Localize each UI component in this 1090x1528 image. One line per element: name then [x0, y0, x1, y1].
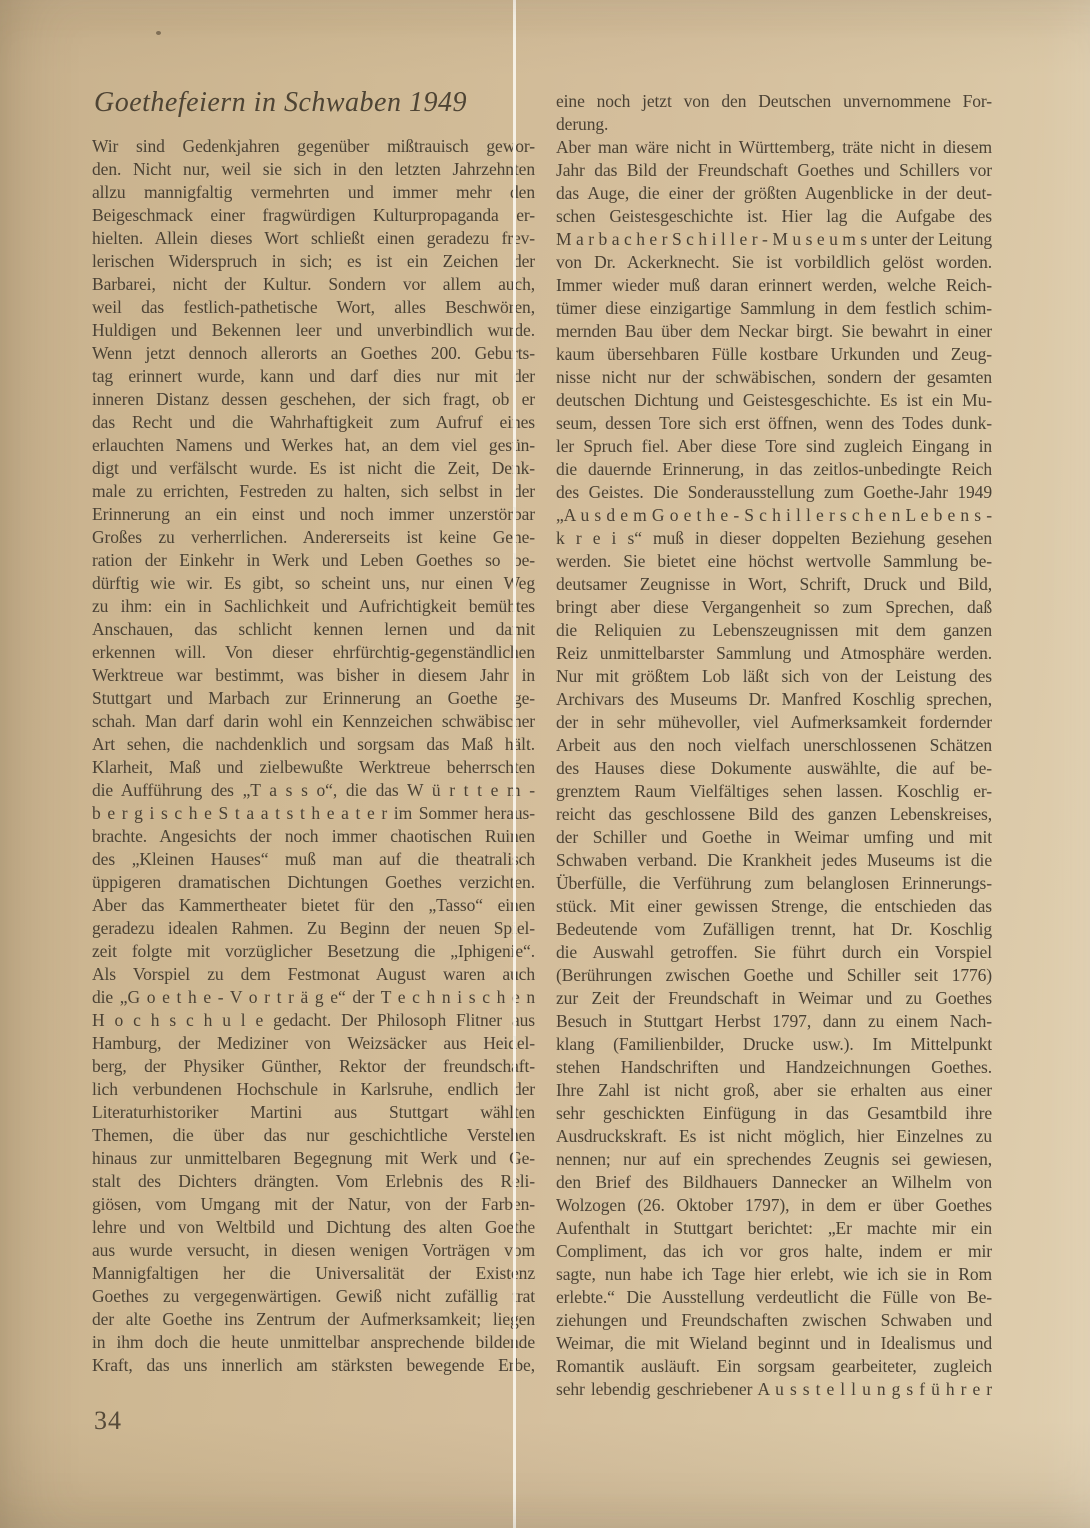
text-line: das Auge, die einer der größten Augenbli… — [556, 182, 992, 205]
text-line: inneren Distanz dessen geschehen, der si… — [92, 388, 535, 411]
text-line: lich verbundenen Hochschule in Karlsruhe… — [92, 1078, 535, 1101]
page-fold-line — [513, 0, 516, 1528]
text-line: Wolzogen (26. Oktober 1797), in dem er ü… — [556, 1194, 992, 1217]
text-line: Großes zu verherrlichen. Andererseits is… — [92, 526, 535, 549]
text-line: den Brief des Bildhauers Dannecker an Wi… — [556, 1171, 992, 1194]
text-line: hinaus zur unmittelbaren Begegnung mit W… — [92, 1147, 535, 1170]
text-line: Immer wieder muß daran erinnert werden, … — [556, 274, 992, 297]
text-line: male zu errichten, Festreden zu halten, … — [92, 480, 535, 503]
text-line: digt und verfälscht wurde. Es ist nicht … — [92, 457, 535, 480]
text-line: geradezu idealen Rahmen. Zu Beginn der n… — [92, 917, 535, 940]
text-line: grenztem Raum Vielfältiges sehen lassen.… — [556, 780, 992, 803]
text-line: aus wurde versucht, in diesen wenigen Vo… — [92, 1239, 535, 1262]
text-line: erlebte.“ Die Ausstellung verdeutlicht d… — [556, 1286, 992, 1309]
text-line: stück. Mit einer gewissen Strenge, die e… — [556, 895, 992, 918]
text-line: Nur mit größtem Lob läßt sich von der Le… — [556, 665, 992, 688]
text-line: Archivars des Museums Dr. Manfred Koschl… — [556, 688, 992, 711]
text-line: Stuttgart und Marbach zur Erinnerung an … — [92, 687, 535, 710]
article-title: Goethefeiern in Schwaben 1949 — [94, 86, 535, 119]
text-line: deutschen Dichtung und Geistesgeschichte… — [556, 389, 992, 412]
text-line: Arbeit aus den noch vielfach unerschloss… — [556, 734, 992, 757]
text-line: Compliment, das ich vor gros halte, inde… — [556, 1240, 992, 1263]
text-line: in ihm doch die heute unmittelbar anspre… — [92, 1331, 535, 1354]
text-line: kaum übersehbaren Fülle kostbare Urkunde… — [556, 343, 992, 366]
text-line: tümer diese einzigartige Sammlung in dem… — [556, 297, 992, 320]
text-line: derung. — [556, 113, 992, 136]
text-line: ration der Einkehr in Werk und Leben Goe… — [92, 549, 535, 572]
text-line: deutsamer Zeugnisse in Wort, Schrift, Dr… — [556, 573, 992, 596]
text-line: Aber man wäre nicht in Württemberg, trät… — [556, 136, 992, 159]
text-line: hielten. Allein dieses Wort schließt ein… — [92, 227, 535, 250]
text-line: das Recht und die Wahrhaftigkeit zum Auf… — [92, 411, 535, 434]
text-line: schah. Man darf darin wohl ein Kennzeich… — [92, 710, 535, 733]
text-line: berg, der Physiker Günther, Rektor der f… — [92, 1055, 535, 1078]
text-line: Klarheit, Maß und zielbewußte Werktreue … — [92, 756, 535, 779]
text-line: b e r g i s c h e S t a a t s t h e a t … — [92, 802, 535, 825]
text-line: sehr geschickten Einfügung in das Gesamt… — [556, 1102, 992, 1125]
text-line: Kraft, das uns innerlich am stärksten be… — [92, 1354, 535, 1377]
text-line: brachte. Angesichts der noch immer chaot… — [92, 825, 535, 848]
text-line: Mannigfaltigen her die Universalität der… — [92, 1262, 535, 1285]
text-line: Schwaben verband. Die Krankheit jedes Mu… — [556, 849, 992, 872]
text-line: Reiz unmittelbarster Sammlung und Atmosp… — [556, 642, 992, 665]
text-line: die „G o e t h e - V o r t r ä g e“ der … — [92, 986, 535, 1009]
text-line: Anschauen, das schlicht kennen lernen un… — [92, 618, 535, 641]
text-line: den. Nicht nur, weil sie sich in den let… — [92, 158, 535, 181]
text-line: k r e i s“ muß in dieser doppelten Bezie… — [556, 527, 992, 550]
text-line: Wenn jetzt dennoch allerorts an Goethes … — [92, 342, 535, 365]
text-line: ler Spruch fiel. Aber diese Tore sind zu… — [556, 435, 992, 458]
text-line: Weimar, die mit Wieland beginnt und in I… — [556, 1332, 992, 1355]
text-line: Art sehen, die nachdenklich und sorgsam … — [92, 733, 535, 756]
text-line: Jahr das Bild der Freundschaft Goethes u… — [556, 159, 992, 182]
text-line: weil das festlich-pathetische Wort, alle… — [92, 296, 535, 319]
text-line: M a r b a c h e r S c h i l l e r - M u … — [556, 228, 992, 251]
page-number: 34 — [94, 1406, 122, 1436]
text-line: Aber das Kammertheater bietet für den „T… — [92, 894, 535, 917]
text-line: lehre und von Weltbild und Dichtung des … — [92, 1216, 535, 1239]
text-line: ziehungen und Freundschaften zwischen Sc… — [556, 1309, 992, 1332]
text-line: allzu mannigfaltig vermehrten und immer … — [92, 181, 535, 204]
text-line: nisse nicht nur der schwäbischen, sonder… — [556, 366, 992, 389]
text-line: Werktreue war bestimmt, was bisher in di… — [92, 664, 535, 687]
text-line: lerischen Widerspruch in sich; es ist ei… — [92, 250, 535, 273]
text-line: Barbarei, nicht der Kultur. Sondern vor … — [92, 273, 535, 296]
text-line: bringt aber diese Vergangenheit so zum S… — [556, 596, 992, 619]
text-line: die Reliquien zu Lebenszeugnissen mit de… — [556, 619, 992, 642]
text-line: mernden Bau über dem Neckar birgt. Sie b… — [556, 320, 992, 343]
text-line: Hamburg, der Mediziner von Weizsäcker au… — [92, 1032, 535, 1055]
text-line: die dauernde Erinnerung, in das zeitlos-… — [556, 458, 992, 481]
text-line: Erinnerung an ein einst und noch immer u… — [92, 503, 535, 526]
text-line: Literaturhistoriker Martini aus Stuttgar… — [92, 1101, 535, 1124]
text-line: (Berührungen zwischen Goethe und Schille… — [556, 964, 992, 987]
text-line: Bedeutende vom Zufälligen trennt, hat Dr… — [556, 918, 992, 941]
text-line: Goethes zu vergegenwärtigen. Gewiß nicht… — [92, 1285, 535, 1308]
text-line: des Geistes. Die Sonderausstellung zum G… — [556, 481, 992, 504]
text-line: stalt des Dichters drängten. Vom Erlebni… — [92, 1170, 535, 1193]
text-line: erkennen will. Von dieser ehrfürchtig-ge… — [92, 641, 535, 664]
text-line: sagte, nun habe ich Tage hier erlebt, wi… — [556, 1263, 992, 1286]
text-line: zu ihm: ein in Sachlichkeit und Aufricht… — [92, 595, 535, 618]
text-line: schen Geistesgeschichte ist. Hier lag di… — [556, 205, 992, 228]
left-text-column: Goethefeiern in Schwaben 1949 Wir sind G… — [92, 86, 535, 1377]
text-line: reicht das geschlossene Bild des ganzen … — [556, 803, 992, 826]
text-line: Überfülle, die Verführung zum belanglose… — [556, 872, 992, 895]
right-text-column: eine noch jetzt von den Deutschen unvern… — [556, 90, 992, 1401]
text-line: sehr lebendig geschriebener A u s s t e … — [556, 1378, 992, 1401]
text-line: Romantik ausläuft. Ein sorgsam gearbeite… — [556, 1355, 992, 1378]
text-line: erlauchten Namens und Werkes hat, an dem… — [92, 434, 535, 457]
text-line: dürftig wie wir. Es gibt, so scheint uns… — [92, 572, 535, 595]
text-line: üppigeren dramatischen Dichtungen Goethe… — [92, 871, 535, 894]
text-line: stehen Handschriften und Handzeichnungen… — [556, 1056, 992, 1079]
text-line: Huldigen und Bekennen leer und unverbind… — [92, 319, 535, 342]
text-line: zur Zeit der Freundschaft in Weimar und … — [556, 987, 992, 1010]
text-line: „A u s d e m G o e t h e - S c h i l l e… — [556, 504, 992, 527]
text-line: eine noch jetzt von den Deutschen unvern… — [556, 90, 992, 113]
text-line: H o c h s c h u l e gedacht. Der Philoso… — [92, 1009, 535, 1032]
text-line: tag erinnert wurde, kann und darf dies n… — [92, 365, 535, 388]
text-line: der Schiller und Goethe in Weimar umfing… — [556, 826, 992, 849]
text-line: die Auswahl getroffen. Sie führt durch e… — [556, 941, 992, 964]
text-line: des „Kleinen Hauses“ muß man auf die the… — [92, 848, 535, 871]
text-line: Ihre Zahl ist nicht groß, aber sie erhal… — [556, 1079, 992, 1102]
text-line: des Hauses diese Dokumente auswählte, di… — [556, 757, 992, 780]
text-line: der alte Goethe ins Zentrum der Aufmerks… — [92, 1308, 535, 1331]
text-line: Als Vorspiel zu dem Festmonat August war… — [92, 963, 535, 986]
text-line: Ausdruckskraft. Es ist nicht möglich, hi… — [556, 1125, 992, 1148]
text-line: der in sehr mühevoller, viel Aufmerksamk… — [556, 711, 992, 734]
paper-speck — [156, 31, 161, 35]
text-line: Besuch in Stuttgart Herbst 1797, dann zu… — [556, 1010, 992, 1033]
left-column-body: Wir sind Gedenkjahren gegenüber mißtraui… — [92, 135, 535, 1377]
text-line: Wir sind Gedenkjahren gegenüber mißtraui… — [92, 135, 535, 158]
text-line: nennen; nur auf ein sprechendes Zeugnis … — [556, 1148, 992, 1171]
text-line: werden. Sie bietet eine höchst wertvolle… — [556, 550, 992, 573]
text-line: von Dr. Ackerknecht. Sie ist vorbildlich… — [556, 251, 992, 274]
text-line: giösen, vom Umgang mit der Natur, von de… — [92, 1193, 535, 1216]
text-line: Aufenthalt in Stuttgart berichtet: „Er m… — [556, 1217, 992, 1240]
text-line: die Aufführung des „T a s s o“, die das … — [92, 779, 535, 802]
text-line: Beigeschmack einer fragwürdigen Kulturpr… — [92, 204, 535, 227]
text-line: seum, dessen Tore sich erst öffnen, wenn… — [556, 412, 992, 435]
text-line: zeit folgte mit vorzüglicher Besetzung d… — [92, 940, 535, 963]
text-line: Themen, die über das nur geschichtliche … — [92, 1124, 535, 1147]
text-line: klang (Familienbilder, Drucke usw.). Im … — [556, 1033, 992, 1056]
